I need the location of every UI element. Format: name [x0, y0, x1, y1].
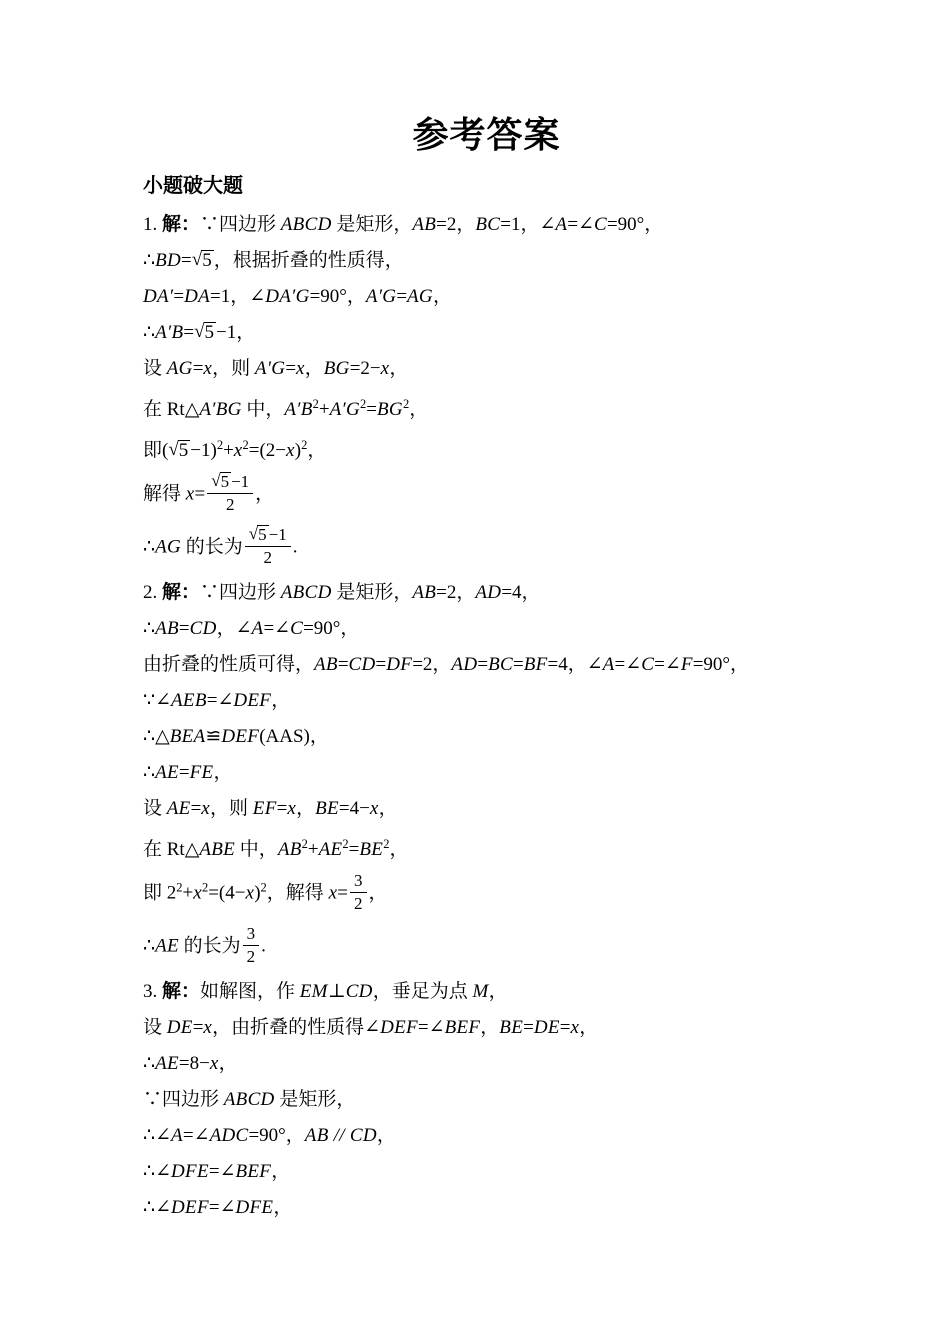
text-run: =	[179, 618, 190, 639]
solution-line: 设 DE=x，由折叠的性质得∠DEF=∠BEF，BE=DE=x，	[143, 1015, 830, 1040]
text-run: =∠	[263, 618, 290, 639]
math-run: AE	[155, 762, 179, 783]
text-run: 2	[226, 495, 235, 514]
math-run: x	[296, 358, 305, 379]
text-run: 解得	[143, 483, 186, 504]
math-run: DEF	[221, 726, 259, 747]
page-title: 参考答案	[143, 114, 830, 156]
text-run: =2，	[436, 214, 475, 235]
fraction: 32	[350, 871, 367, 913]
sqrt-radical: √5	[192, 250, 214, 271]
text-run: 的长为	[181, 537, 243, 558]
text-run: =	[396, 286, 407, 307]
bold-run: 解：	[162, 981, 200, 1002]
text-run: =∠	[183, 1125, 210, 1146]
text-run: =90°，	[303, 618, 359, 639]
radical-sign: √	[211, 472, 220, 490]
solution-line: ∴BD=√5，根据折叠的性质得，	[143, 248, 830, 273]
text-run: ，	[271, 690, 290, 711]
solution-line: 1. 解：∵四边形 ABCD 是矩形，AB=2，BC=1，∠A=∠C=90°，	[143, 212, 830, 237]
text-run: 的长为	[179, 936, 241, 957]
sqrt-radical: √5	[194, 322, 216, 343]
text-run: 设	[143, 358, 167, 379]
math-run: BD	[155, 250, 181, 271]
math-run: BEF	[445, 1017, 481, 1038]
text-run: ，	[296, 798, 315, 819]
solution-line: ∴AE 的长为32.	[143, 926, 830, 968]
math-run: DFE	[171, 1161, 209, 1182]
math-run: x	[329, 883, 338, 904]
text-run: =90°，	[310, 286, 366, 307]
text-run: −1，	[216, 322, 255, 343]
text-run: ，	[480, 1017, 499, 1038]
radical-sign: √	[194, 322, 204, 342]
math-run: EM	[300, 981, 328, 1002]
math-run: AE	[155, 936, 179, 957]
text-run: =∠	[209, 1197, 236, 1218]
math-run: x	[201, 798, 210, 819]
text-run: ∴∠	[143, 1197, 171, 1218]
math-run: AB	[278, 839, 302, 860]
solution-line: ∵∠AEB=∠DEF，	[143, 688, 830, 713]
text-run: ，	[433, 286, 452, 307]
math-run: BC	[488, 654, 513, 675]
fraction-numerator: √5−1	[245, 525, 291, 547]
text-run: ，解得	[267, 883, 329, 904]
text-run: ，由折叠的性质得∠	[212, 1017, 380, 1038]
math-run: EF	[253, 798, 277, 819]
text-run: ，	[379, 798, 398, 819]
math-run: x	[245, 883, 254, 904]
solution-line: DA′=DA=1，∠DA′G=90°，A′G=AG，	[143, 284, 830, 309]
text-run: =2，	[412, 654, 451, 675]
math-run: AG	[155, 537, 181, 558]
text-run: =90°，	[248, 1125, 304, 1146]
math-run: AD	[451, 654, 477, 675]
math-run: AEB	[171, 690, 207, 711]
text-run: =	[179, 762, 190, 783]
text-run: ，则	[210, 798, 253, 819]
solution-line: ∴AE=FE，	[143, 760, 830, 785]
text-run: =	[183, 322, 194, 343]
solution-line: ∴AG 的长为√5−12.	[143, 527, 830, 569]
text-run: ，	[389, 839, 408, 860]
math-run: BC	[475, 214, 500, 235]
radicand: 5	[178, 440, 191, 461]
text-run: ，	[409, 399, 428, 420]
math-run: A	[252, 618, 264, 639]
math-run: AB	[314, 654, 338, 675]
text-run: =2−	[350, 358, 381, 379]
solution-line: 在 Rt△A′BG 中，A′B2+A′G2=BG2，	[143, 392, 830, 422]
fraction-numerator: 3	[350, 871, 367, 893]
math-run: BE	[499, 1017, 523, 1038]
math-run: AB	[412, 582, 436, 603]
radical-sign: √	[168, 440, 178, 460]
text-run: =	[349, 839, 360, 860]
text-run: =∠	[207, 690, 234, 711]
solution-line: 设 AG=x，则 A′G=x，BG=2−x，	[143, 356, 830, 381]
math-run: BG	[377, 399, 403, 420]
math-run: DEF	[171, 1197, 209, 1218]
text-run: 由折叠的性质可得，	[143, 654, 314, 675]
solution-line: 在 Rt△ABE 中，AB2+AE2=BE2，	[143, 832, 830, 862]
text-run: 3	[354, 871, 363, 890]
math-run: A′BG	[199, 399, 241, 420]
text-run: ，	[255, 483, 274, 504]
text-run: ，	[219, 1053, 238, 1074]
text-run: .	[261, 936, 266, 957]
fraction: √5−12	[245, 525, 291, 567]
fraction-denominator: 2	[207, 494, 253, 515]
math-run: A′B	[284, 399, 312, 420]
text-run: =	[277, 798, 288, 819]
text-run: .	[293, 537, 298, 558]
math-run: x	[203, 1017, 212, 1038]
math-run: A	[603, 654, 615, 675]
text-run: 是矩形，	[332, 582, 413, 603]
math-run: ABCD	[224, 1089, 275, 1110]
solution-line: 即(√5−1)2+x2=(2−x)2，	[143, 433, 830, 463]
text-run: =4，	[501, 582, 540, 603]
radicand: 5	[257, 525, 269, 544]
text-run: ，则	[212, 358, 255, 379]
text-run: ∴∠	[143, 1161, 171, 1182]
math-run: BE	[315, 798, 339, 819]
math-run: AB // CD	[305, 1125, 377, 1146]
solution-line: ∴△BEA≌DEF(AAS)，	[143, 724, 830, 749]
text-run: 即(	[143, 440, 168, 461]
radicand: 5	[220, 472, 232, 491]
sqrt-radical: √5	[211, 472, 231, 491]
math-run: F	[681, 654, 693, 675]
text-run: =8−	[179, 1053, 210, 1074]
bold-run: 解：	[162, 214, 200, 235]
text-run: +	[308, 839, 319, 860]
text-run: =90°，	[607, 214, 663, 235]
text-run: =	[195, 483, 206, 504]
solution-line: ∴AE=8−x，	[143, 1051, 830, 1076]
math-run: M	[472, 981, 488, 1002]
text-run: =	[181, 250, 192, 271]
text-run: 2.	[143, 582, 162, 603]
text-run: ∴	[143, 618, 155, 639]
text-run: 2	[247, 947, 256, 966]
math-run: x	[193, 883, 202, 904]
text-run: =	[285, 358, 296, 379]
text-run: =∠	[209, 1161, 236, 1182]
text-run: =	[173, 286, 184, 307]
text-run: 如解图，作	[200, 981, 300, 1002]
math-run: A′G	[330, 399, 360, 420]
text-run: =(4−	[208, 883, 245, 904]
text-run: ∴∠	[143, 1125, 171, 1146]
text-run: ∵四边形	[200, 582, 281, 603]
math-run: CD	[349, 654, 376, 675]
text-run: =	[191, 798, 202, 819]
text-run: =4−	[339, 798, 370, 819]
text-run: ，	[579, 1017, 598, 1038]
text-run: 在 Rt△	[143, 399, 199, 420]
text-run: +	[183, 883, 194, 904]
math-run: ABCD	[281, 582, 332, 603]
text-run: =4，∠	[548, 654, 603, 675]
text-run: =	[560, 1017, 571, 1038]
math-run: ABCD	[281, 214, 332, 235]
math-run: x	[203, 358, 212, 379]
math-run: DE	[167, 1017, 193, 1038]
text-run: ，垂足为点	[373, 981, 473, 1002]
text-run: −1)	[190, 440, 217, 461]
text-run: +	[223, 440, 234, 461]
sqrt-radical: √5	[249, 525, 269, 544]
text-run: 中，	[242, 399, 285, 420]
text-run: ∴	[143, 537, 155, 558]
math-run: A	[171, 1125, 183, 1146]
math-run: x	[186, 483, 195, 504]
math-run: BE	[359, 839, 383, 860]
math-run: CD	[346, 981, 373, 1002]
text-run: ，	[307, 440, 326, 461]
math-run: C	[290, 618, 303, 639]
text-run: 2	[354, 894, 363, 913]
fraction-denominator: 2	[350, 893, 367, 914]
math-run: AG	[407, 286, 433, 307]
math-run: x	[286, 440, 295, 461]
math-run: BEA	[170, 726, 206, 747]
text-run: ，根据折叠的性质得，	[214, 250, 404, 271]
text-run: +	[319, 399, 330, 420]
solution-line: 设 AE=x，则 EF=x，BE=4−x，	[143, 796, 830, 821]
text-run: =2，	[436, 582, 475, 603]
fraction-numerator: √5−1	[207, 472, 253, 494]
text-run: −1	[231, 472, 249, 491]
text-run: =	[193, 358, 204, 379]
text-run: =	[366, 399, 377, 420]
math-run: DFE	[236, 1197, 274, 1218]
text-run: 即 2	[143, 883, 176, 904]
math-run: ABE	[199, 839, 235, 860]
text-run: 在 Rt△	[143, 839, 199, 860]
math-run: A′G	[255, 358, 285, 379]
math-run: BF	[524, 654, 548, 675]
solution-line: ∵四边形 ABCD 是矩形，	[143, 1087, 830, 1112]
solution-line: 即 22+x2=(4−x)2，解得 x=32，	[143, 873, 830, 915]
text-run: ，	[213, 762, 232, 783]
text-run: ，	[389, 358, 408, 379]
math-run: AE	[155, 1053, 179, 1074]
solution-line: ∴∠DEF=∠DFE，	[143, 1195, 830, 1220]
math-run: BEF	[236, 1161, 272, 1182]
text-run: ∴△	[143, 726, 170, 747]
text-run: 设	[143, 1017, 167, 1038]
text-run: 3.	[143, 981, 162, 1002]
solution-line: ∴∠DFE=∠BEF，	[143, 1159, 830, 1184]
text-run: −1	[269, 525, 287, 544]
text-run: =∠	[654, 654, 681, 675]
fraction-numerator: 3	[243, 924, 260, 946]
text-run: =	[338, 654, 349, 675]
math-run: AB	[412, 214, 436, 235]
text-run: =	[477, 654, 488, 675]
math-run: AD	[475, 582, 501, 603]
text-run: =∠	[567, 214, 594, 235]
text-run: ∴	[143, 1053, 155, 1074]
text-run: 中，	[235, 839, 278, 860]
math-run: AG	[167, 358, 193, 379]
text-run: ∵四边形	[143, 1089, 224, 1110]
solution-line: 2. 解：∵四边形 ABCD 是矩形，AB=2，AD=4，	[143, 580, 830, 605]
math-run: ADC	[210, 1125, 249, 1146]
text-run: 2	[264, 548, 273, 567]
text-run: ∴	[143, 250, 155, 271]
math-run: x	[210, 1053, 219, 1074]
math-run: DA	[184, 286, 210, 307]
text-run: =∠	[615, 654, 642, 675]
math-run: C	[594, 214, 607, 235]
text-run: =1，∠	[500, 214, 555, 235]
solution-line: 由折叠的性质可得，AB=CD=DF=2，AD=BC=BF=4，∠A=∠C=∠F=…	[143, 652, 830, 677]
math-run: x	[287, 798, 296, 819]
text-run: ∴	[143, 936, 155, 957]
solution-line: 解得 x=√5−12，	[143, 474, 830, 516]
text-run: ⊥	[328, 981, 346, 1002]
solution-line: ∴A′B=√5−1，	[143, 320, 830, 345]
math-run: FE	[190, 762, 214, 783]
sqrt-radical: √5	[168, 440, 190, 461]
math-run: x	[234, 440, 243, 461]
text-run: =(2−	[249, 440, 286, 461]
radicand: 5	[204, 322, 217, 343]
text-run: ∵四边形	[200, 214, 281, 235]
text-run: 1.	[143, 214, 162, 235]
solution-line: ∴∠A=∠ADC=90°，AB // CD，	[143, 1123, 830, 1148]
radicand: 5	[201, 250, 214, 271]
text-run: 3	[247, 924, 256, 943]
math-run: DA′G	[265, 286, 309, 307]
math-run: DF	[386, 654, 412, 675]
radical-sign: √	[249, 525, 258, 543]
text-run: ，	[305, 358, 324, 379]
math-run: AB	[155, 618, 179, 639]
solution-line: 3. 解：如解图，作 EM⊥CD，垂足为点 M，	[143, 979, 830, 1004]
text-run: 是矩形，	[275, 1089, 356, 1110]
math-run: CD	[190, 618, 217, 639]
text-run: ，	[377, 1125, 396, 1146]
text-run: ∴	[143, 762, 155, 783]
solution-lines: 1. 解：∵四边形 ABCD 是矩形，AB=2，BC=1，∠A=∠C=90°，∴…	[143, 212, 830, 1220]
text-run: ，	[489, 981, 508, 1002]
math-run: BG	[324, 358, 350, 379]
fraction: √5−12	[207, 472, 253, 514]
text-run: ，	[273, 1197, 292, 1218]
text-run: =	[376, 654, 387, 675]
text-run: =1，∠	[210, 286, 265, 307]
text-run: =	[513, 654, 524, 675]
math-run: A′G	[366, 286, 396, 307]
text-run: ∴	[143, 322, 155, 343]
math-run: DEF	[380, 1017, 418, 1038]
text-run: 设	[143, 798, 167, 819]
text-run: =∠	[418, 1017, 445, 1038]
math-run: x	[570, 1017, 579, 1038]
fraction-denominator: 2	[245, 547, 291, 568]
text-run: ，∠	[217, 618, 252, 639]
solution-line: ∴AB=CD，∠A=∠C=90°，	[143, 616, 830, 641]
section-heading: 小题破大题	[143, 173, 830, 199]
text-run: ，	[369, 883, 388, 904]
document-page: 参考答案 小题破大题 1. 解：∵四边形 ABCD 是矩形，AB=2，BC=1，…	[0, 0, 950, 1344]
text-run: =90°，	[693, 654, 749, 675]
math-run: A	[555, 214, 567, 235]
math-run: x	[370, 798, 379, 819]
bold-run: 解：	[162, 582, 200, 603]
text-run: =	[193, 1017, 204, 1038]
text-run: (AAS)，	[259, 726, 329, 747]
text-run: ，	[271, 1161, 290, 1182]
fraction-denominator: 2	[243, 946, 260, 967]
math-run: DA′	[143, 286, 173, 307]
math-run: C	[641, 654, 654, 675]
text-run: =	[523, 1017, 534, 1038]
math-run: DE	[534, 1017, 560, 1038]
math-run: AE	[167, 798, 191, 819]
math-run: A′B	[155, 322, 183, 343]
radical-sign: √	[192, 250, 202, 270]
math-run: AE	[319, 839, 343, 860]
text-run: ≌	[205, 726, 221, 747]
fraction: 32	[243, 924, 260, 966]
math-run: DEF	[233, 690, 271, 711]
text-run: =	[337, 883, 348, 904]
text-run: ∵∠	[143, 690, 171, 711]
text-run: 是矩形，	[332, 214, 413, 235]
